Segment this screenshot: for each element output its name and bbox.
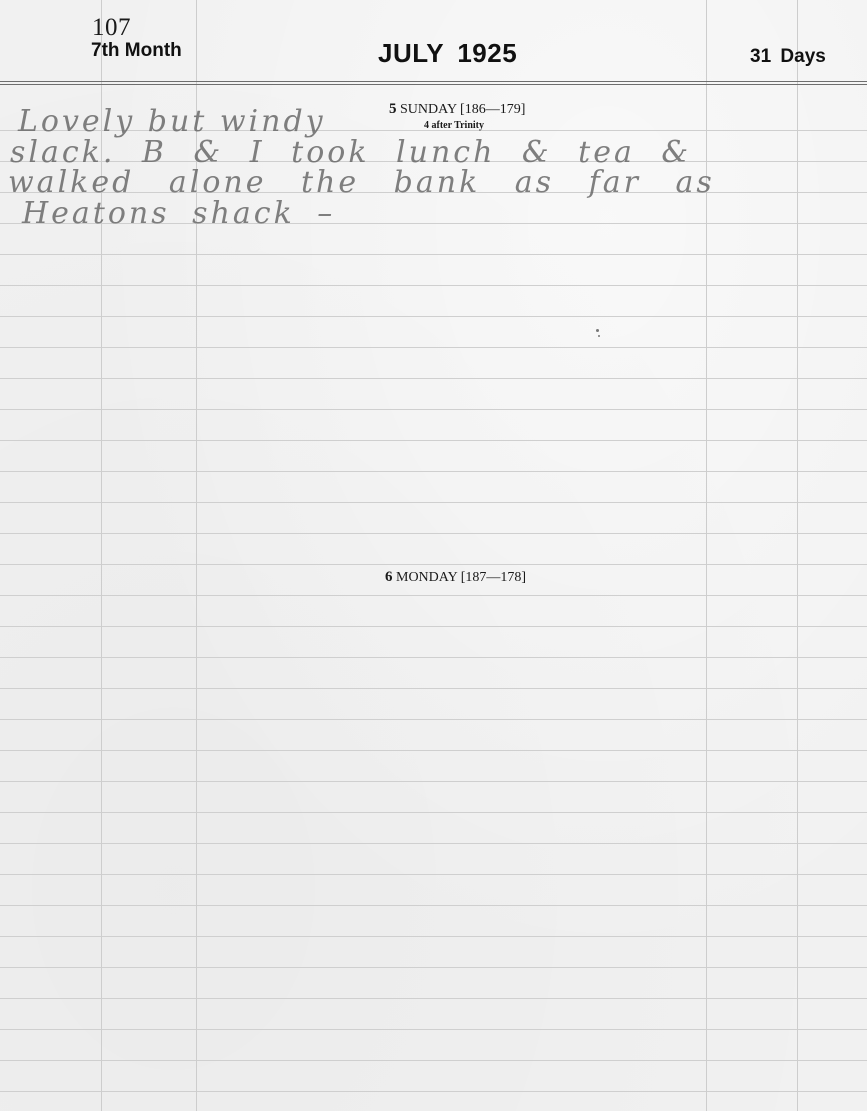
ruled-line	[0, 409, 867, 410]
paper-speck	[596, 329, 599, 332]
ruled-line	[0, 285, 867, 286]
handwritten-line: Lovely but windy	[18, 104, 326, 139]
day-counts: [186—179]	[460, 102, 525, 117]
ruled-line	[0, 502, 867, 503]
day-number: 5	[389, 101, 397, 117]
ruled-line	[0, 1091, 867, 1092]
ruled-line	[0, 254, 867, 255]
ruled-line	[0, 626, 867, 627]
handwritten-line: Heatons shack –	[22, 196, 335, 231]
ruled-line	[0, 533, 867, 534]
month-label: 7th Month	[91, 40, 182, 62]
ruled-line	[0, 1060, 867, 1061]
ruled-line	[0, 316, 867, 317]
ruled-line	[0, 440, 867, 441]
ruled-line	[0, 347, 867, 348]
header-rule-top	[0, 81, 867, 82]
page-title: JULY 1925	[378, 38, 517, 69]
ruled-line	[0, 471, 867, 472]
day-name: MONDAY	[396, 570, 457, 585]
ruled-line	[0, 719, 867, 720]
days-in-month: 31 Days	[750, 46, 826, 68]
diary-page: 107 7th Month JULY 1925 31 Days 5 SUNDAY…	[0, 0, 867, 1111]
margin-line-right	[797, 0, 798, 1111]
ruled-line	[0, 967, 867, 968]
ruled-line	[0, 781, 867, 782]
ruled-line	[0, 688, 867, 689]
handwritten-line: walked alone the bank as far as	[8, 165, 715, 200]
header-rule-bottom	[0, 84, 867, 85]
ruled-line	[0, 750, 867, 751]
day-counts: [187—178]	[461, 570, 526, 585]
page-number: 107	[92, 14, 131, 42]
day-number: 6	[385, 569, 393, 585]
ruled-line	[0, 812, 867, 813]
paper-speck	[598, 335, 600, 337]
ruled-line	[0, 998, 867, 999]
day-heading-monday: 6 MONDAY [187—178]	[385, 569, 526, 586]
ruled-line	[0, 1029, 867, 1030]
ruled-line	[0, 657, 867, 658]
ruled-line	[0, 936, 867, 937]
ruled-line	[0, 905, 867, 906]
ruled-line	[0, 378, 867, 379]
ruled-line	[0, 843, 867, 844]
ruled-line	[0, 874, 867, 875]
day-name: SUNDAY	[400, 102, 457, 117]
day-subtitle: 4 after Trinity	[424, 120, 484, 131]
ruled-line	[0, 564, 867, 565]
ruled-line	[0, 595, 867, 596]
day-heading-sunday: 5 SUNDAY [186—179]	[389, 101, 525, 118]
